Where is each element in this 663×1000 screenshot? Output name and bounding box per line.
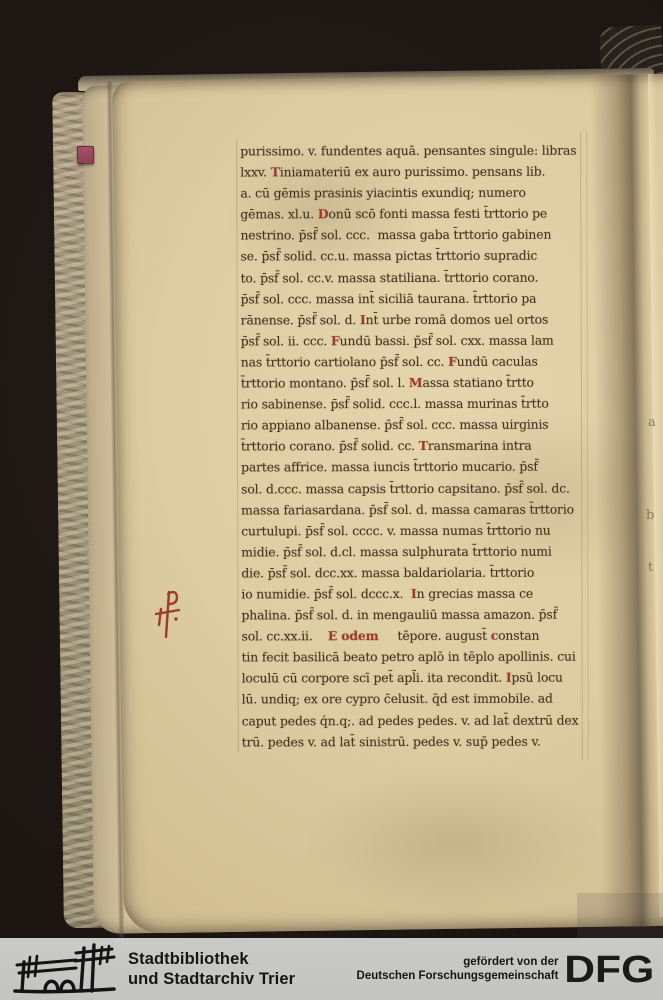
text-run: t̄rttorio montano. p̄sf̄ sol. l.: [241, 375, 409, 390]
showthrough-mark: b: [646, 508, 654, 523]
text-run: onū scō fonti massa festi t̄rttorio pe: [328, 206, 547, 222]
manuscript-line: nas t̄rttorio cartiolano p̄sf̄ sol. cc. …: [241, 350, 587, 372]
text-run: trū. pedes v. ad lat̄ sinistrū. pedes v.…: [242, 733, 541, 749]
manuscript-line: sol. d.ccc. massa capsis t̄rttorio capsi…: [241, 477, 587, 499]
text-run: partes affrice. massa iuncis t̄rttorio m…: [241, 459, 538, 475]
manuscript-line: lū. undiq; ex ore cypro c̄elusit. q̄d es…: [242, 688, 588, 710]
manuscript-line: p̄sf̄ sol. ccc. massa int̄ siciliā taura…: [241, 287, 587, 309]
text-run: psū locu: [511, 670, 562, 685]
rubric-run: T: [419, 438, 428, 453]
manuscript-line: io numidie. p̄sf̄ sol. dccc.x. In grecia…: [241, 583, 587, 605]
red-bookmark-tab: [77, 146, 94, 164]
parchment-stain: [302, 765, 604, 919]
text-run: purissimo. v. fundentes aquā. pensantes …: [240, 143, 576, 159]
manuscript-line: midie. p̄sf̄ sol. d.cl. massa sulphurata…: [241, 540, 587, 562]
rubric-run: D: [318, 206, 329, 221]
text-run: p̄sf̄ sol. ii. ccc.: [241, 333, 331, 348]
manuscript-line: se. p̄sf̄ solid. cc.u. massa pictas t̄rt…: [240, 245, 586, 267]
text-run: nas t̄rttorio cartiolano p̄sf̄ sol. cc.: [241, 354, 448, 370]
text-run: n grecias massa ce: [417, 586, 533, 601]
manuscript-line: caput pedes q́n.q;. ad pedes pedes. v. a…: [242, 709, 588, 731]
manuscript-line: rio appiano albanense. p̄sf̄ sol. ccc. m…: [241, 414, 587, 436]
manuscript-line: t̄rttorio corano. p̄sf̄ solid. cc. Trans…: [241, 435, 587, 457]
text-run: rio appiano albanense. p̄sf̄ sol. ccc. m…: [241, 417, 549, 433]
manuscript-line: p̄sf̄ sol. ii. ccc. Fundū bassi. p̄sf̄ s…: [241, 329, 587, 351]
text-run: assa statiano t̄rtto: [422, 375, 533, 390]
text-run: tēpore. august̄: [379, 628, 491, 643]
porta-nigra-logo-icon: [12, 942, 118, 996]
manuscript-line: partes affrice. massa iuncis t̄rttorio m…: [241, 456, 587, 478]
manuscript-line: tin fecit basilicā beato petro aplō in t…: [242, 646, 588, 668]
institution-name: Stadtbibliothek und Stadtarchiv Trier: [128, 949, 295, 989]
manuscript-line: rio sabinense. p̄sf̄ solid. ccc.l. massa…: [241, 393, 587, 415]
manuscript-line: nestrino. p̄sf̄ sol. ccc. massa gaba t̄r…: [240, 224, 586, 246]
text-run: sol. d.ccc. massa capsis t̄rttorio capsi…: [241, 480, 570, 496]
text-run: curtulupi. p̄sf̄ sol. cccc. v. massa num…: [241, 522, 550, 538]
manuscript-line: phalina. p̄sf̄ sol. d. in mengauliū mass…: [241, 604, 587, 626]
red-nota-mark-icon: [152, 585, 182, 647]
manuscript-text: purissimo. v. fundentes aquā. pensantes …: [236, 140, 588, 753]
text-run: a. cū gēmis prasinis yiacintis exundiq; …: [240, 185, 525, 201]
rubric-run: M: [409, 375, 423, 390]
manuscript-line: die. p̄sf̄ sol. dcc.xx. massa baldariola…: [241, 561, 587, 583]
digitization-banner: Stadtbibliothek und Stadtarchiv Trier ge…: [0, 938, 663, 1000]
text-run: caput pedes q́n.q;. ad pedes pedes. v. a…: [242, 712, 579, 728]
text-run: nestrino. p̄sf̄ sol. ccc. massa gaba t̄r…: [240, 227, 551, 243]
rubric-run: F: [331, 333, 340, 348]
funding-credit: gefördert von der Deutschen Forschungsge…: [357, 955, 559, 984]
text-run: se. p̄sf̄ solid. cc.u. massa pictas t̄rt…: [240, 248, 537, 264]
text-run: ransmarina intra: [428, 438, 532, 453]
manuscript-line: purissimo. v. fundentes aquā. pensantes …: [240, 140, 586, 162]
rubric-run: T: [271, 164, 280, 179]
text-run: io numidie. p̄sf̄ sol. dccc.x.: [241, 586, 411, 601]
funding-line2: Deutschen Forschungsgemeinschaft: [357, 969, 559, 983]
text-run: rānense. p̄sf̄ sol. d.: [241, 312, 360, 327]
manuscript-line: sol. cc.xx.ii. E odem tēpore. august̄ co…: [241, 625, 587, 647]
rubric-run: E odem: [328, 628, 379, 643]
manuscript-line: lxxv. Tiniamateriū ex auro purissimo. pe…: [240, 161, 586, 183]
text-run: lxxv.: [240, 164, 270, 179]
text-run: midie. p̄sf̄ sol. d.cl. massa sulphurata…: [241, 543, 551, 559]
manuscript-line: rānense. p̄sf̄ sol. d. Int̄ urbe romā do…: [241, 308, 587, 330]
showthrough-mark: a: [648, 415, 656, 430]
manuscript-line: gēmas. xl.u. Donū scō fonti massa festi …: [240, 203, 586, 225]
institution-line1: Stadtbibliothek: [128, 949, 295, 969]
text-run: sol. cc.xx.ii.: [241, 628, 327, 643]
text-run: p̄sf̄ sol. ccc. massa int̄ siciliā taura…: [241, 290, 537, 306]
funding-line1: gefördert von der: [357, 955, 559, 969]
manuscript-line: to. p̄sf̄ sol. cc.v. massa statiliana. t…: [241, 266, 587, 288]
text-run: phalina. p̄sf̄ sol. d. in mengauliū mass…: [241, 607, 557, 623]
text-run: tin fecit basilicā beato petro aplō in t…: [242, 649, 576, 665]
rubric-run: c: [491, 628, 498, 643]
text-run: loculū cū corpore scī pet̄ apl̄i. ita re…: [242, 670, 506, 686]
shadow-patch: [577, 893, 663, 938]
text-run: iniamateriū ex auro purissimo. pensans l…: [280, 164, 546, 180]
rubric-run: F: [448, 354, 457, 369]
text-run: massa fariasardana. p̄sf̄ sol. d. massa …: [241, 501, 574, 517]
text-run: undū bassi. p̄sf̄ sol. cxx. massa lam: [340, 332, 554, 348]
manuscript-line: massa fariasardana. p̄sf̄ sol. d. massa …: [241, 498, 587, 520]
photograph-background: purissimo. v. fundentes aquā. pensantes …: [0, 0, 663, 938]
institution-line2: und Stadtarchiv Trier: [128, 969, 295, 989]
showthrough-mark: t: [648, 560, 653, 575]
text-run: die. p̄sf̄ sol. dcc.xx. massa baldariola…: [241, 565, 534, 581]
manuscript-line: curtulupi. p̄sf̄ sol. cccc. v. massa num…: [241, 519, 587, 541]
text-run: nt̄ urbe romā domos uel ortos: [366, 311, 549, 326]
manuscript-line: trū. pedes v. ad lat̄ sinistrū. pedes v.…: [242, 730, 588, 752]
text-run: t̄rttorio corano. p̄sf̄ solid. cc.: [241, 438, 419, 453]
text-run: lū. undiq; ex ore cypro c̄elusit. q̄d es…: [242, 691, 553, 707]
text-run: undū caculas: [457, 354, 538, 369]
text-run: to. p̄sf̄ sol. cc.v. massa statiliana. t…: [241, 269, 539, 285]
dfg-logo: DFG: [565, 947, 655, 990]
manuscript-line: a. cū gēmis prasinis yiacintis exundiq; …: [240, 182, 586, 204]
text-run: onstan: [498, 628, 539, 643]
manuscript-line: loculū cū corpore scī pet̄ apl̄i. ita re…: [242, 667, 588, 689]
text-run: rio sabinense. p̄sf̄ solid. ccc.l. massa…: [241, 396, 549, 412]
text-run: gēmas. xl.u.: [240, 207, 317, 222]
manuscript-line: t̄rttorio montano. p̄sf̄ sol. l. Massa s…: [241, 372, 587, 394]
